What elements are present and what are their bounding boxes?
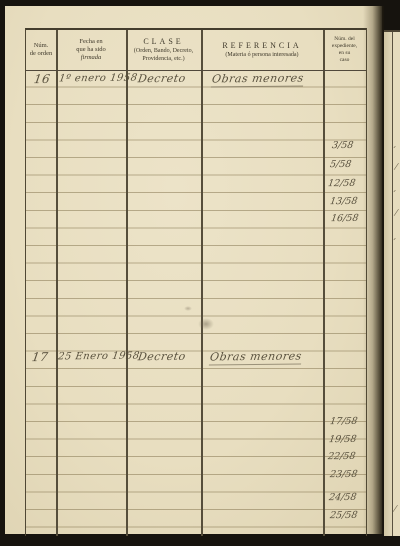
expediente-number: 22/58 — [327, 451, 356, 462]
next-page-edge: , / , / , / — [384, 30, 400, 536]
header-referencia-title: REFERENCIA — [222, 41, 301, 51]
entry-num-orden: 17 — [31, 350, 49, 364]
header-fecha-text: Fecha en que ha sido — [76, 38, 106, 54]
column-divider — [323, 30, 325, 536]
entry-num-orden: 16 — [33, 72, 51, 86]
registry-table: Núm. de orden Fecha en que ha sido firma… — [25, 28, 367, 536]
header-clase-subtitle: (Orden, Bando, Decreto, Providencia, etc… — [134, 48, 193, 63]
column-divider — [56, 30, 58, 536]
expediente-number: 3/58 — [331, 140, 354, 151]
entry-clase: Decreto — [137, 72, 187, 85]
expediente-number: 16/58 — [330, 213, 359, 224]
header-referencia-subtitle: (Materia ó persona interesada) — [225, 52, 298, 60]
expediente-number: 12/58 — [327, 178, 356, 189]
column-divider — [126, 30, 128, 536]
next-page-column-line — [392, 32, 393, 536]
header-num-expediente: Núm. del expediente, en su caso — [323, 30, 366, 70]
ink-stain — [198, 318, 214, 330]
entry-referencia: Obras menores — [211, 72, 305, 88]
expediente-number: 24/58 — [328, 492, 357, 503]
column-divider — [201, 30, 203, 536]
entry-referencia: Obras menores — [209, 350, 303, 366]
expediente-number: 13/58 — [329, 196, 358, 207]
expediente-number: 23/58 — [329, 469, 358, 480]
header-clase: CLASE (Orden, Bando, Decreto, Providenci… — [126, 30, 201, 70]
table-header: Núm. de orden Fecha en que ha sido firma… — [26, 30, 366, 71]
ruled-lines — [26, 70, 366, 536]
entry-clase: Decreto — [137, 350, 187, 363]
header-referencia: REFERENCIA (Materia ó persona interesada… — [201, 30, 323, 70]
ink-stain — [184, 306, 192, 311]
header-num-orden: Núm. de orden — [26, 30, 56, 70]
expediente-number: 5/58 — [329, 159, 352, 170]
entry-fecha: 1º enero 1958 — [58, 73, 138, 85]
expediente-number: 19/58 — [328, 434, 357, 445]
header-clase-title: CLASE — [143, 37, 183, 47]
header-fecha-firmada: Fecha en que ha sido firmada — [56, 30, 126, 70]
ledger-page: Núm. de orden Fecha en que ha sido firma… — [5, 6, 382, 534]
expediente-number: 25/58 — [329, 510, 358, 521]
entry-fecha: 25 Enero 1958 — [57, 351, 140, 363]
header-fecha-firmada-italic: firmada — [81, 54, 102, 62]
expediente-number: 17/58 — [329, 416, 358, 427]
